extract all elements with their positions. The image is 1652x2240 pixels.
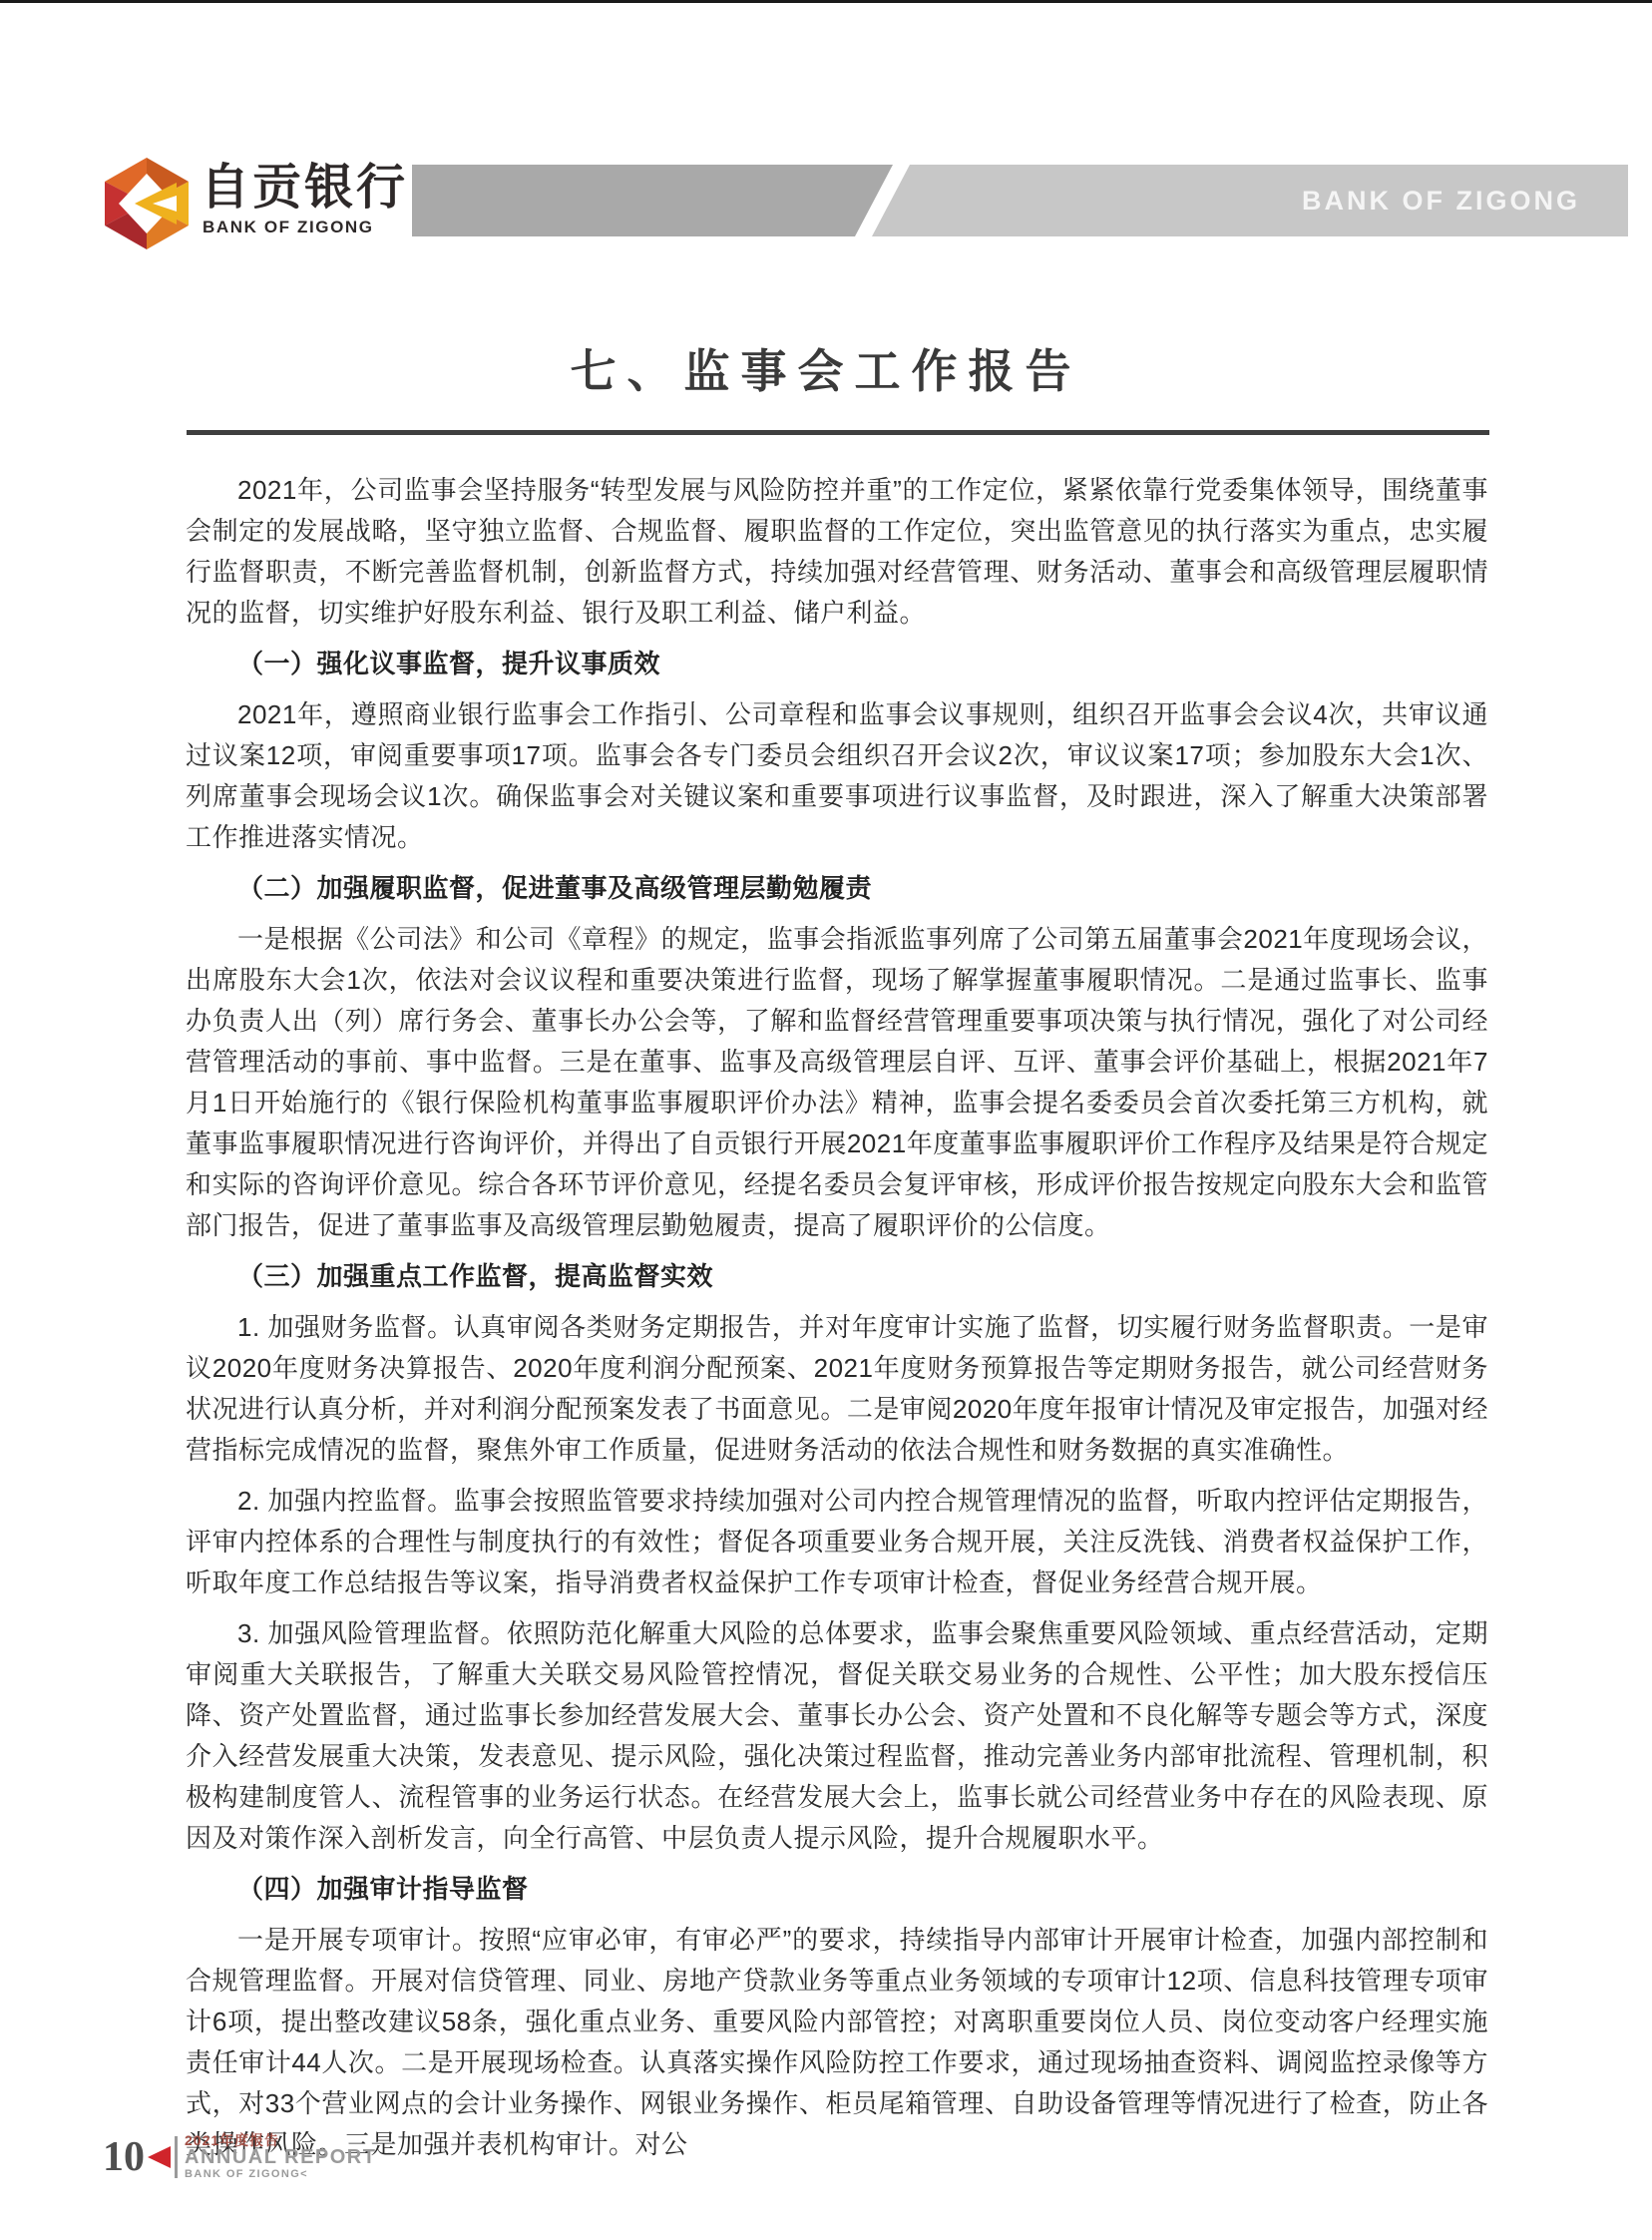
page-top-edge [0,0,1652,3]
page-title: 七、监事会工作报告 [0,335,1652,401]
paragraph-section-3-2: 2. 加强内控监督。监事会按照监管要求持续加强对公司内控合规管理情况的监督，听取… [186,1481,1488,1603]
section-heading-3: （三）加强重点工作监督，提高监督实效 [186,1256,1488,1297]
paragraph-section-2: 一是根据《公司法》和公司《章程》的规定，监事会指派监事列席了公司第五届董事会20… [186,919,1488,1246]
header-banner-bank-name: BANK OF ZIGONG [1302,186,1580,217]
footer-bank-name: BANK OF ZIGONG< [185,2168,376,2180]
page-number: 10 [103,2135,145,2179]
footer-report-title-cn: 2021年度报告 [185,2133,376,2147]
header-banner-dark-segment [412,165,893,236]
section-heading-4: （四）加强审计指导监督 [186,1869,1488,1910]
bank-logo-gem-icon [101,156,193,251]
footer-divider [175,2136,178,2178]
paragraph-section-1: 2021年，遵照商业银行监事会工作指引、公司章程和监事会议事规则，组织召开监事会… [186,694,1488,858]
page-footer: 10 2021年度报告 ANNUAL REPORT BANK OF ZIGONG… [103,2133,376,2180]
section-heading-1: （一）强化议事监督，提升议事质效 [186,644,1488,684]
red-triangle-icon [148,2146,171,2168]
report-body: 2021年，公司监事会坚持服务“转型发展与风险防控并重”的工作定位，紧紧依靠行党… [186,460,1488,2175]
paragraph-section-3-3: 3. 加强风险管理监督。依照防范化解重大风险的总体要求，监事会聚焦重要风险领域、… [186,1613,1488,1859]
document-page: 自贡银行 BANK OF ZIGONG BANK OF ZIGONG 七、监事会… [0,0,1652,2240]
header-banner-light-segment: BANK OF ZIGONG [872,165,1628,236]
title-underline-rule [187,430,1489,435]
paragraph-section-4-1: 一是开展专项审计。按照“应审必审，有审必严”的要求，持续指导内部审计开展审计检查… [186,1920,1488,2165]
paragraph-intro: 2021年，公司监事会坚持服务“转型发展与风险防控并重”的工作定位，紧紧依靠行党… [186,470,1488,634]
bank-logo-name-cn: 自贡银行 [201,160,408,216]
paragraph-section-3-1: 1. 加强财务监督。认真审阅各类财务定期报告，并对年度审计实施了监督，切实履行财… [186,1307,1488,1471]
section-heading-2: （二）加强履职监督，促进董事及高级管理层勤勉履责 [186,868,1488,909]
bank-logo-name-en: BANK OF ZIGONG [203,218,374,237]
footer-report-title-en: ANNUAL REPORT [185,2147,376,2168]
footer-report-info: 2021年度报告 ANNUAL REPORT BANK OF ZIGONG< [185,2133,376,2180]
